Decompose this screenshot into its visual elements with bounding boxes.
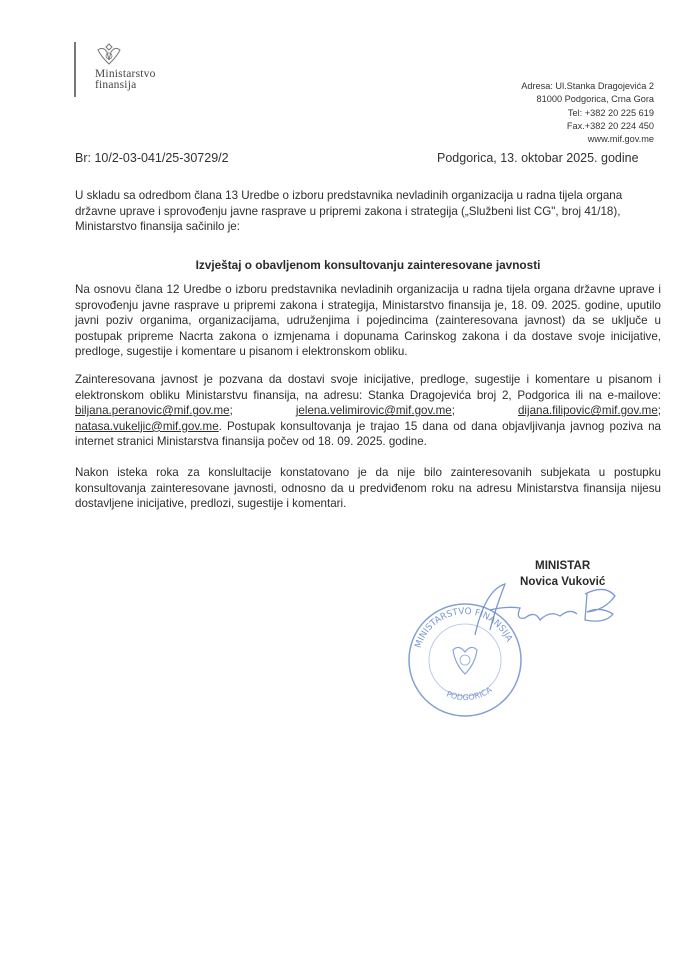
signatory-role: MINISTAR [520,558,605,574]
email-link-4[interactable]: natasa.vukeljic@mif.gov.me [75,420,219,433]
intro-paragraph: U skladu sa odredbom člana 13 Uredbe o i… [75,188,661,235]
address-street: Adresa: Ul.Stanka Dragojevića 2 [521,80,654,93]
report-title: Izvještaj o obavljenom konsultovanju zai… [75,258,661,272]
address-city: 81000 Podgorica, Crna Gora [521,93,654,106]
email-link-2[interactable]: jelena.velimirovic@mif.gov.me [296,404,452,417]
logo-line-2: finansija [95,80,156,91]
email-separator: ; [658,404,661,417]
address-fax: Fax.+382 20 224 450 [521,120,654,133]
address-website: www.mif.gov.me [521,133,654,146]
ministry-address: Adresa: Ul.Stanka Dragojevića 2 81000 Po… [521,80,654,146]
paragraph-3: Nakon isteka roka za konslultacije konst… [75,465,661,512]
email-link-3[interactable]: dijana.filipovic@mif.gov.me [518,404,658,417]
email-link-1[interactable]: biljana.peranovic@mif.gov.me [75,404,230,417]
place-and-date: Podgorica, 13. oktobar 2025. godine [437,151,639,165]
address-phone: Tel: +382 20 225 619 [521,107,654,120]
email-separator: ; [452,404,518,417]
email-separator: ; [230,404,296,417]
paragraph-1: Na osnovu člana 12 Uredbe o izboru preds… [75,282,661,360]
svg-text:PODGORICA: PODGORICA [445,685,494,702]
paragraph-2-lead: Zainteresovana javnost je pozvana da dos… [75,373,661,402]
handwritten-signature-icon [465,580,635,640]
ministry-logo-text: Ministarstvo finansija [95,69,156,91]
coat-of-arms-icon [95,42,123,66]
logo-divider [74,42,76,97]
paragraph-2: Zainteresovana javnost je pozvana da dos… [75,372,661,450]
reference-number: Br: 10/2-03-041/25-30729/2 [75,151,229,165]
